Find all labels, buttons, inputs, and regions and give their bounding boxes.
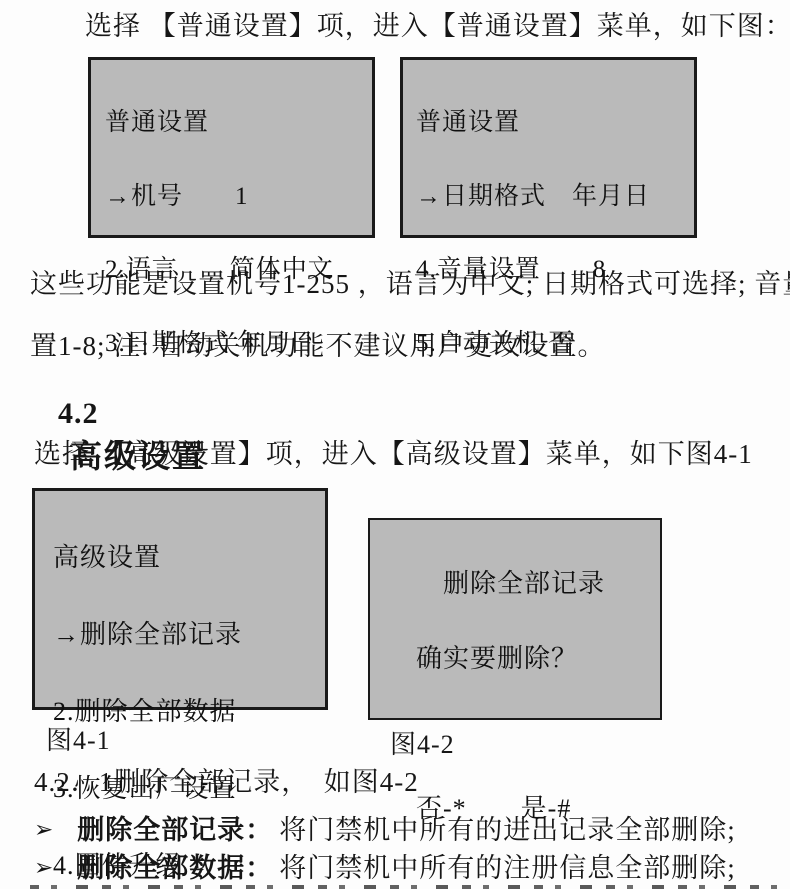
figure-caption-4-2: 图4-2: [390, 724, 455, 761]
lcd-screen-normal-settings-page2: 普通设置 →日期格式 年月日 4.音量设置 8 5.自动关机 否: [400, 57, 697, 238]
subsection-line: 4.2．1删除全部记录， 如图4-2: [34, 766, 419, 798]
screen-line: 普通设置: [105, 104, 368, 142]
screen-line: 普通设置: [416, 104, 690, 142]
screen-line: →机号 1: [105, 178, 368, 216]
screen-line: →删除全部记录: [53, 614, 321, 655]
arrow-bullet-icon: ➢: [34, 817, 53, 843]
bullet-item: ➢ 删除全部数据： 将门禁机中所有的注册信息全部删除;: [34, 846, 736, 885]
section-number: 4.2: [58, 397, 99, 430]
arrow-bullet-icon: ➢: [34, 855, 53, 881]
clipped-next-line-fragment: [30, 885, 778, 889]
advanced-intro-text: 选择 【高级设置】项，进入【高级设置】菜单，如下图4-1: [34, 438, 753, 470]
bullet-term: 删除全部记录：: [77, 808, 273, 847]
bullet-term: 删除全部数据：: [77, 846, 273, 885]
bullet-description: 将门禁机中所有的注册信息全部删除;: [279, 846, 736, 885]
screen-line: →日期格式 年月日: [416, 178, 690, 216]
intro-text: 选择 【普通设置】项，进入【普通设置】菜单，如下图：: [85, 10, 790, 42]
screen-line: 删除全部记录: [416, 564, 656, 603]
screen-line: 确实要删除？: [416, 639, 656, 678]
screen-line: 高级设置: [53, 537, 321, 578]
paragraph-line: 置1-8; 注: 自动关机功能不建议用户更改设置。: [30, 330, 606, 362]
lcd-screen-delete-confirm: 删除全部记录 确实要删除？ 否-* 是-#: [368, 518, 662, 720]
lcd-screen-normal-settings-page1: 普通设置 →机号 1 2.语言 简体中文 3.日期格式 年月日: [88, 57, 375, 238]
section-heading: 4.2 高级设置: [34, 370, 206, 504]
paragraph-line: 这些功能是设置机号1-255 ，语言为中文; 日期格式可选择; 音量设: [30, 268, 790, 300]
bullet-description: 将门禁机中所有的进出记录全部删除;: [279, 808, 736, 847]
manual-page: 选择 【普通设置】项，进入【普通设置】菜单，如下图： 普通设置 →机号 1 2.…: [0, 0, 790, 889]
lcd-screen-advanced-settings: 高级设置 →删除全部记录 2.删除全部数据 3.恢复出厂设置 4.固件升级: [32, 488, 328, 710]
figure-caption-4-1: 图4-1: [46, 720, 111, 757]
bullet-item: ➢ 删除全部记录： 将门禁机中所有的进出记录全部删除;: [34, 808, 736, 847]
